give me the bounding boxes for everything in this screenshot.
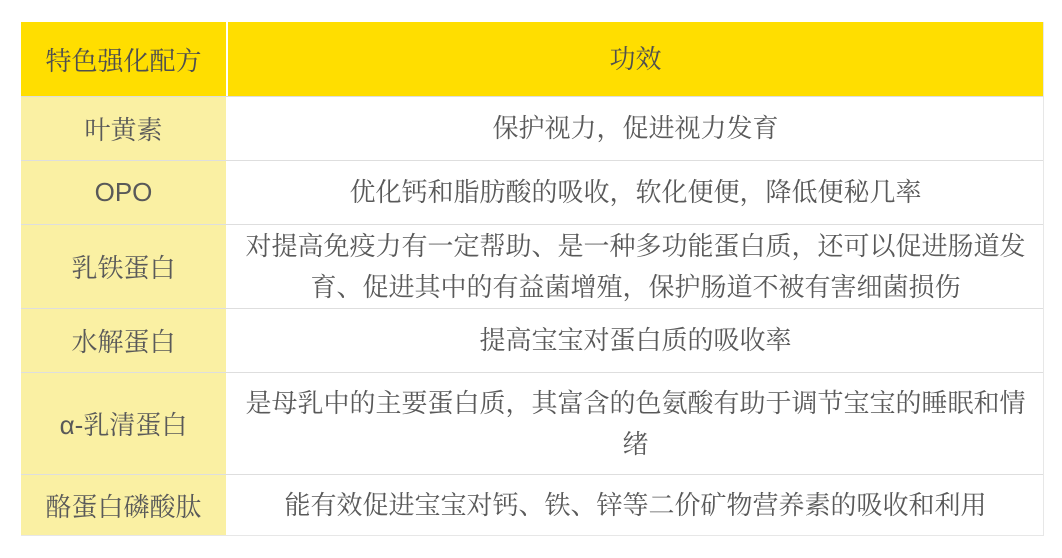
row-label-cell: 酪蛋白磷酸肽 (21, 475, 228, 535)
row-label-cell: α-乳清蛋白 (21, 373, 228, 474)
table-row-casein-phosphopeptide: 酪蛋白磷酸肽 能有效促进宝宝对钙、铁、锌等二价矿物营养素的吸收和利用 (21, 474, 1043, 535)
table-row-lactoferrin: 乳铁蛋白 对提高免疫力有一定帮助、是一种多功能蛋白质，还可以促进肠道发育、促进其… (21, 224, 1043, 308)
row-effect-cell: 提高宝宝对蛋白质的吸收率 (228, 309, 1043, 372)
row-label-cell: 乳铁蛋白 (21, 225, 228, 308)
table-header-row: 特色强化配方 功效 (21, 22, 1043, 96)
header-cell-efficacy: 功效 (228, 22, 1043, 96)
table-row-opo: OPO 优化钙和脂肪酸的吸收，软化便便，降低便秘几率 (21, 160, 1043, 224)
table-row-alpha-whey-protein: α-乳清蛋白 是母乳中的主要蛋白质，其富含的色氨酸有助于调节宝宝的睡眠和情绪 (21, 372, 1043, 474)
row-effect-cell: 优化钙和脂肪酸的吸收，软化便便，降低便秘几率 (228, 161, 1043, 224)
row-effect-cell: 是母乳中的主要蛋白质，其富含的色氨酸有助于调节宝宝的睡眠和情绪 (228, 373, 1043, 474)
header-cell-formula: 特色强化配方 (21, 22, 228, 96)
table-row-hydrolyzed-protein: 水解蛋白 提高宝宝对蛋白质的吸收率 (21, 308, 1043, 372)
row-label-cell: 叶黄素 (21, 97, 228, 160)
row-effect-cell: 能有效促进宝宝对钙、铁、锌等二价矿物营养素的吸收和利用 (228, 475, 1043, 535)
formula-efficacy-table: 特色强化配方 功效 叶黄素 保护视力，促进视力发育 OPO 优化钙和脂肪酸的吸收… (21, 22, 1044, 536)
row-effect-cell: 保护视力，促进视力发育 (228, 97, 1043, 160)
row-effect-cell: 对提高免疫力有一定帮助、是一种多功能蛋白质，还可以促进肠道发育、促进其中的有益菌… (228, 225, 1043, 308)
table-row-lutein: 叶黄素 保护视力，促进视力发育 (21, 96, 1043, 160)
row-label-cell: OPO (21, 161, 228, 224)
row-label-cell: 水解蛋白 (21, 309, 228, 372)
